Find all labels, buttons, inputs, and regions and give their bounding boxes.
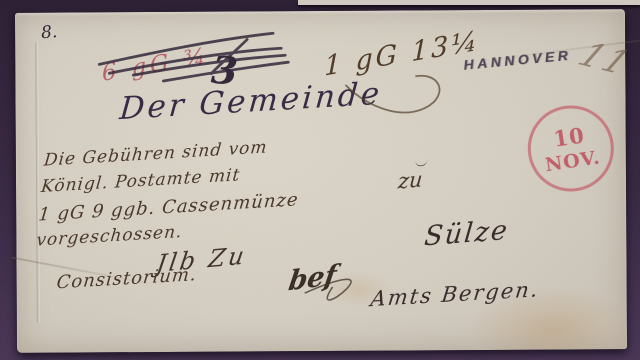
manuscript-rate-marking: 1 gG 13¼ xyxy=(324,25,480,82)
address-line-recipient: Der Gemeinde xyxy=(118,76,383,128)
photo-background: 8. 6 gG ¾ 3 1 gG 13¼ HANNOVER 11 Der Gem… xyxy=(0,0,640,360)
address-place: Sülze xyxy=(423,215,511,253)
pen-strokes-right-edge: 11 xyxy=(571,36,639,83)
postal-cover: 8. 6 gG ¾ 3 1 gG 13¼ HANNOVER 11 Der Gem… xyxy=(15,9,627,353)
address-district: Amts Bergen. xyxy=(369,277,540,311)
datestamp-month: NOV. xyxy=(544,146,602,176)
clerk-paraph: Jlb Zu xyxy=(155,241,249,278)
red-circular-datestamp: 10 NOV. xyxy=(522,100,620,198)
datestamp-day: 10 xyxy=(552,122,587,151)
franking-note-line-2: Königl. Postamte mit xyxy=(40,165,241,197)
adjacent-card-edge xyxy=(298,0,640,5)
franking-note-line-4: vorgeschossen. xyxy=(35,222,183,251)
crossed-red-rate-marking: 6 gG ¾ xyxy=(101,43,210,87)
corner-number: 8. xyxy=(40,22,58,43)
carrier-paraph: bef xyxy=(286,260,338,298)
address-preposition: zu xyxy=(397,167,423,194)
fold-crease-left xyxy=(35,43,40,323)
